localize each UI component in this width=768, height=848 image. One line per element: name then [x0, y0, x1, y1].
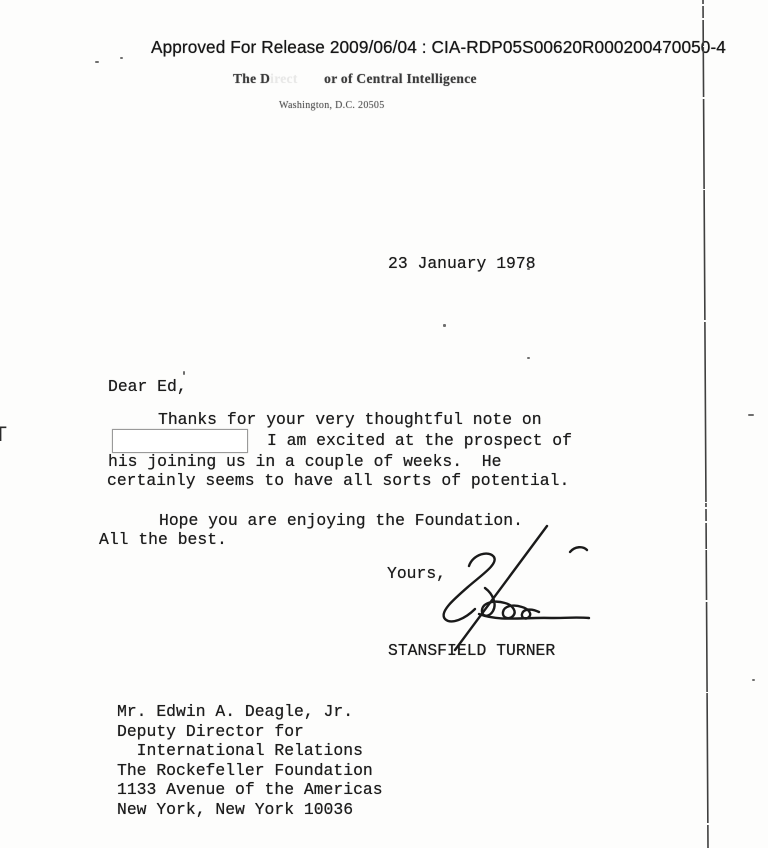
- signature-loops-stroke: [482, 588, 539, 618]
- signature-tail-stroke: [479, 614, 589, 619]
- recipient-line: The Rockefeller Foundation: [117, 761, 383, 781]
- body-line-thanks: Thanks for your very thoughtful note on: [158, 410, 542, 430]
- scan-speck: [748, 414, 754, 416]
- recipient-line: Deputy Director for: [117, 722, 383, 742]
- scan-speck: [527, 357, 530, 359]
- signature-handwritten: [425, 510, 605, 655]
- approval-header: Approved For Release 2009/06/04 : CIA-RD…: [151, 37, 726, 58]
- scan-speck: [120, 57, 123, 59]
- letterhead-title-part2: or of Central Intelligence: [324, 71, 477, 86]
- body-line-certainly: certainly seems to have all sorts of pot…: [107, 471, 569, 491]
- scan-speck: [95, 61, 99, 63]
- body-line-joining: his joining us in a couple of weeks. He: [108, 452, 501, 472]
- body-line-best: All the best.: [99, 530, 227, 550]
- body-line-excited: I am excited at the prospect of: [267, 431, 572, 451]
- scan-speck: [443, 324, 446, 327]
- scan-speck: [527, 268, 530, 270]
- left-margin-stamp-mark: T: [0, 423, 7, 447]
- redaction-box: [112, 429, 248, 453]
- recipient-address-block: Mr. Edwin A. Deagle, Jr. Deputy Director…: [117, 702, 383, 820]
- scan-artifact-vertical-line: [696, 0, 712, 848]
- recipient-line: Mr. Edwin A. Deagle, Jr.: [117, 702, 383, 722]
- signature-name: STANSFIELD TURNER: [388, 641, 555, 661]
- recipient-line: New York, New York 10036: [117, 800, 383, 820]
- letterhead-title-part1: The D: [233, 71, 270, 86]
- recipient-line: International Relations: [117, 741, 383, 761]
- scanned-letter-page: Approved For Release 2009/06/04 : CIA-RD…: [0, 0, 768, 848]
- recipient-line: 1133 Avenue of the Americas: [117, 780, 383, 800]
- scan-speck: [752, 679, 755, 681]
- scan-speck: [183, 371, 185, 375]
- signature-s-stroke: [444, 554, 495, 622]
- salutation: Dear Ed,: [108, 377, 187, 397]
- letterhead-address: Washington, D.C. 20505: [279, 100, 385, 111]
- letterhead-title-faded: irect: [270, 71, 324, 87]
- letterhead-title: The Director of Central Intelligence: [233, 71, 477, 87]
- date-line: 23 January 1978: [388, 254, 536, 274]
- signature-tick-stroke: [570, 547, 587, 552]
- signature-slash-stroke: [455, 526, 547, 650]
